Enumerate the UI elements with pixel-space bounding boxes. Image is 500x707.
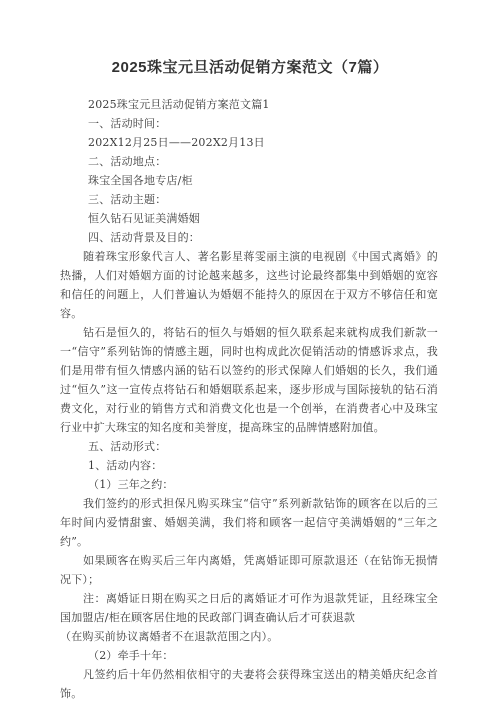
document-body: 2025珠宝元旦活动促销方案范文篇1 一、活动时间： 202X12月25日——2… <box>60 95 438 703</box>
para-divorce-refund: 如果顾客在购买后三年内离婚，凭离婚证即可原款退还（在钻饰无损情况下）； <box>60 551 438 589</box>
text-activity-location: 珠宝全国各地专店/柜 <box>60 171 438 190</box>
heading-activity-format: 五、活动形式： <box>60 437 438 456</box>
para-background-2: 钻石是恒久的，将钻石的恒久与婚姻的恒久联系起来就构成我们新款一一“信守”系列钻饰… <box>60 323 438 437</box>
heading-ten-year-hand: （2）牵手十年： <box>60 646 438 665</box>
heading-activity-location: 二、活动地点： <box>60 152 438 171</box>
para-ten-year-gift: 凡签约后十年仍然相依相守的夫妻将会获得珠宝送出的精美婚庆纪念首饰。 <box>60 665 438 703</box>
para-three-year-pact: 我们签约的形式担保凡购买珠宝“信守”系列新款钻饰的顾客在以后的三年时间内爱情甜蜜… <box>60 494 438 551</box>
heading-activity-theme: 三、活动主题： <box>60 190 438 209</box>
text-refund-scope: （在购买前协议离婚者不在退款范围之内）。 <box>60 627 438 646</box>
document-page: 2025珠宝元旦活动促销方案范文（7篇） 2025珠宝元旦活动促销方案范文篇1 … <box>0 0 500 707</box>
text-activity-dates: 202X12月25日——202X2月13日 <box>60 133 438 152</box>
subtitle-part-1: 2025珠宝元旦活动促销方案范文篇1 <box>60 95 438 114</box>
para-refund-note: 注：离婚证日期在购买之日后的离婚证才可作为退款凭证，且经珠宝全国加盟店/柜在顾客… <box>60 589 438 627</box>
page-title: 2025珠宝元旦活动促销方案范文（7篇） <box>0 55 500 81</box>
heading-background-purpose: 四、活动背景及目的： <box>60 228 438 247</box>
para-background-1: 随着珠宝形象代言人、著名影星蒋雯丽主演的电视剧《中国式离婚》的热播，人们对婚姻方… <box>60 247 438 323</box>
text-activity-theme: 恒久钻石见证美满婚姻 <box>60 209 438 228</box>
heading-activity-content: 1、活动内容： <box>60 456 438 475</box>
heading-three-year-pact: （1）三年之约： <box>60 475 438 494</box>
heading-activity-time: 一、活动时间： <box>60 114 438 133</box>
